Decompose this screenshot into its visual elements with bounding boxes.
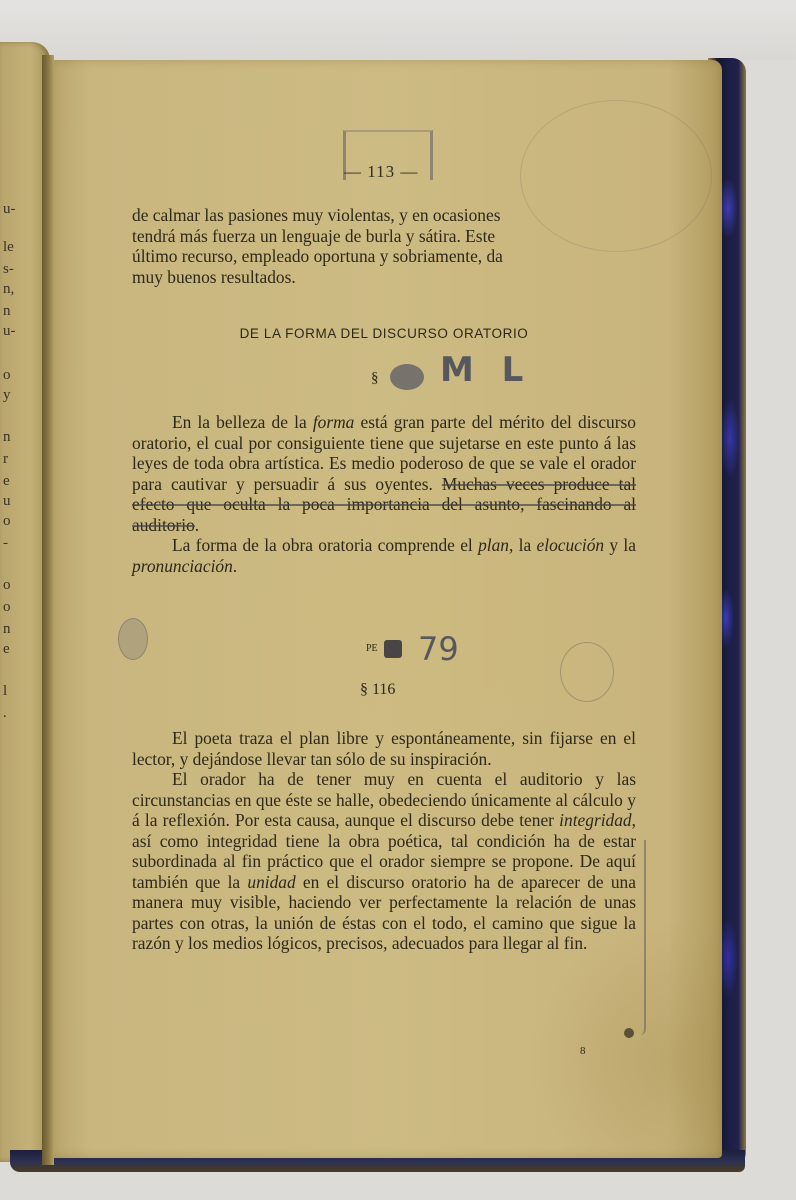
paragraph: En la belleza de la forma está gran part… <box>132 412 636 535</box>
page-number: — 113 — <box>344 162 418 182</box>
left-page-fragment: o <box>3 368 11 383</box>
pencil-sketch <box>560 642 614 702</box>
left-page-fragment: . <box>3 706 7 721</box>
paragraph: El poeta traza el plan libre y espontáne… <box>132 728 636 769</box>
left-page-fragment: n <box>3 430 11 445</box>
pencil-margin-line <box>636 840 646 1035</box>
left-page-fragment: o <box>3 600 11 615</box>
ink-smudge <box>390 364 424 390</box>
left-page-fragment: le <box>3 240 14 255</box>
ink-dot <box>624 1028 634 1038</box>
section-heading: DE LA FORMA DEL DISCURSO ORATORIO <box>132 326 636 341</box>
left-page-fragment: o <box>3 578 11 593</box>
section-115-body: En la belleza de la forma está gran part… <box>132 412 636 576</box>
paragraph: El orador ha de tener muy en cuenta el a… <box>132 769 636 954</box>
text-line: tendrá más fuerza un lenguaje de burla y… <box>132 226 636 247</box>
text-line: de calmar las pasiones muy violentas, y … <box>132 205 636 226</box>
text-line: muy buenos resultados. <box>132 267 636 288</box>
left-page-fragment: - <box>3 536 8 551</box>
stamp-text: PE <box>366 643 378 654</box>
section-mark-116: § 116 <box>360 681 395 699</box>
left-page-fragment: u <box>3 494 11 509</box>
text-line: último recurso, empleado oportuna y sobr… <box>132 246 636 267</box>
left-page-fragment: n, <box>3 282 14 297</box>
left-page-fragment: l <box>3 684 7 699</box>
italic-term: forma <box>313 412 355 432</box>
left-page-fragment: u- <box>3 202 16 217</box>
left-page-fragment: e <box>3 642 10 657</box>
left-page-fragment: s- <box>3 262 14 277</box>
left-page-fragment: y <box>3 388 11 403</box>
page-gutter <box>42 55 54 1165</box>
section-116-body: El poeta traza el plan libre y espontáne… <box>132 728 636 954</box>
section-mark-115: § <box>371 370 379 387</box>
left-page-fragment: r <box>3 452 8 467</box>
intro-paragraph: de calmar las pasiones muy violentas, y … <box>132 205 636 287</box>
background <box>0 0 796 60</box>
pencil-sketch <box>118 618 148 660</box>
paragraph: La forma de la obra oratoria comprende e… <box>132 535 636 576</box>
ink-stamp <box>384 640 402 658</box>
handwritten-annotation: 79 <box>418 630 459 668</box>
handwritten-annotation: M L <box>440 350 531 390</box>
left-page-fragment: n <box>3 304 11 319</box>
left-page-fragment: u- <box>3 324 16 339</box>
left-page-fragment: o <box>3 514 11 529</box>
left-page-fragment: n <box>3 622 11 637</box>
signature-mark: 8 <box>580 1045 586 1057</box>
left-page-fragment: e <box>3 474 10 489</box>
